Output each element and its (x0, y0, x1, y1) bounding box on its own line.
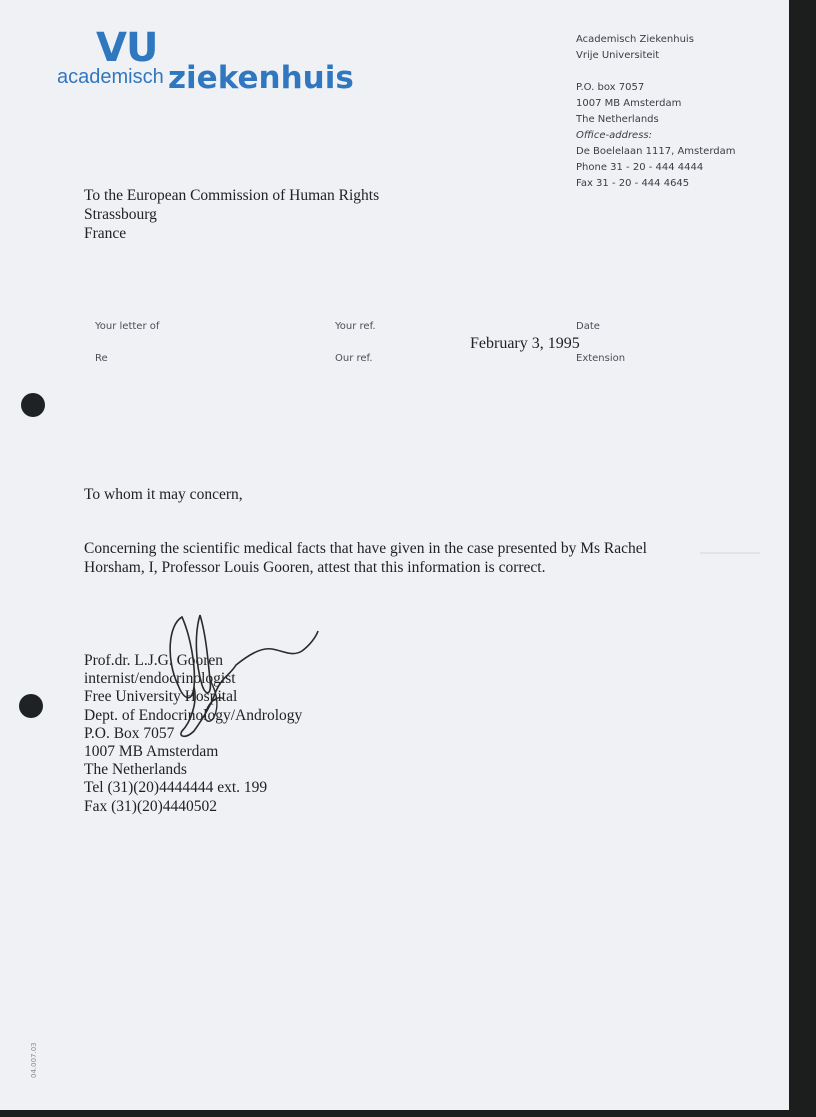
letterhead-line: P.O. box 7057 (576, 80, 735, 96)
letterhead-line: 1007 MB Amsterdam (576, 96, 735, 112)
letterhead-line: De Boelelaan 1117, Amsterdam (576, 144, 735, 160)
recipient-line: To the European Commission of Human Righ… (84, 186, 379, 205)
letterhead-fax: Fax 31 - 20 - 444 4645 (576, 176, 735, 192)
handwritten-signature (160, 605, 330, 740)
scan-smudge (700, 552, 760, 554)
signatory-fax: Fax (31)(20)4440502 (84, 798, 302, 816)
letterhead-line: The Netherlands (576, 112, 735, 128)
body-line: Concerning the scientific medical facts … (84, 539, 647, 558)
letter-date: February 3, 1995 (470, 335, 580, 353)
letterhead-phone: Phone 31 - 20 - 444 4444 (576, 160, 735, 176)
your-ref-label: Your ref. (335, 321, 376, 333)
letterhead-address: Academisch Ziekenhuis Vrije Universiteit… (576, 32, 735, 192)
recipient-line: France (84, 224, 379, 243)
logo-word-ziekenhuis: ziekenhuis (168, 60, 354, 96)
body-line: Horsham, I, Professor Louis Gooren, atte… (84, 558, 647, 577)
date-label: Date (576, 321, 600, 333)
salutation: To whom it may concern, (84, 485, 243, 504)
scan-background-edge (0, 1110, 816, 1117)
logo-word-academisch: academisch (57, 66, 164, 88)
extension-label: Extension (576, 353, 625, 365)
body-paragraph: Concerning the scientific medical facts … (84, 539, 647, 577)
office-address-label: Office-address: (576, 128, 735, 144)
our-ref-label: Our ref. (335, 353, 373, 365)
punch-hole (21, 393, 45, 417)
letter-page: VU academisch ziekenhuis Academisch Ziek… (0, 0, 789, 1110)
form-code: 04.007.03 (30, 1042, 38, 1078)
recipient-address: To the European Commission of Human Righ… (84, 186, 379, 243)
re-label: Re (95, 353, 108, 365)
punch-hole (19, 694, 43, 718)
letterhead-line: Academisch Ziekenhuis (576, 32, 735, 48)
logo-mark: VU (96, 28, 157, 68)
signatory-address-line: 1007 MB Amsterdam (84, 743, 302, 761)
signatory-address-line: The Netherlands (84, 761, 302, 779)
your-letter-of-label: Your letter of (95, 321, 159, 333)
recipient-line: Strassbourg (84, 205, 379, 224)
scan-background-edge (789, 0, 816, 1117)
letterhead-line: Vrije Universiteit (576, 48, 735, 64)
signatory-tel: Tel (31)(20)4444444 ext. 199 (84, 779, 302, 797)
